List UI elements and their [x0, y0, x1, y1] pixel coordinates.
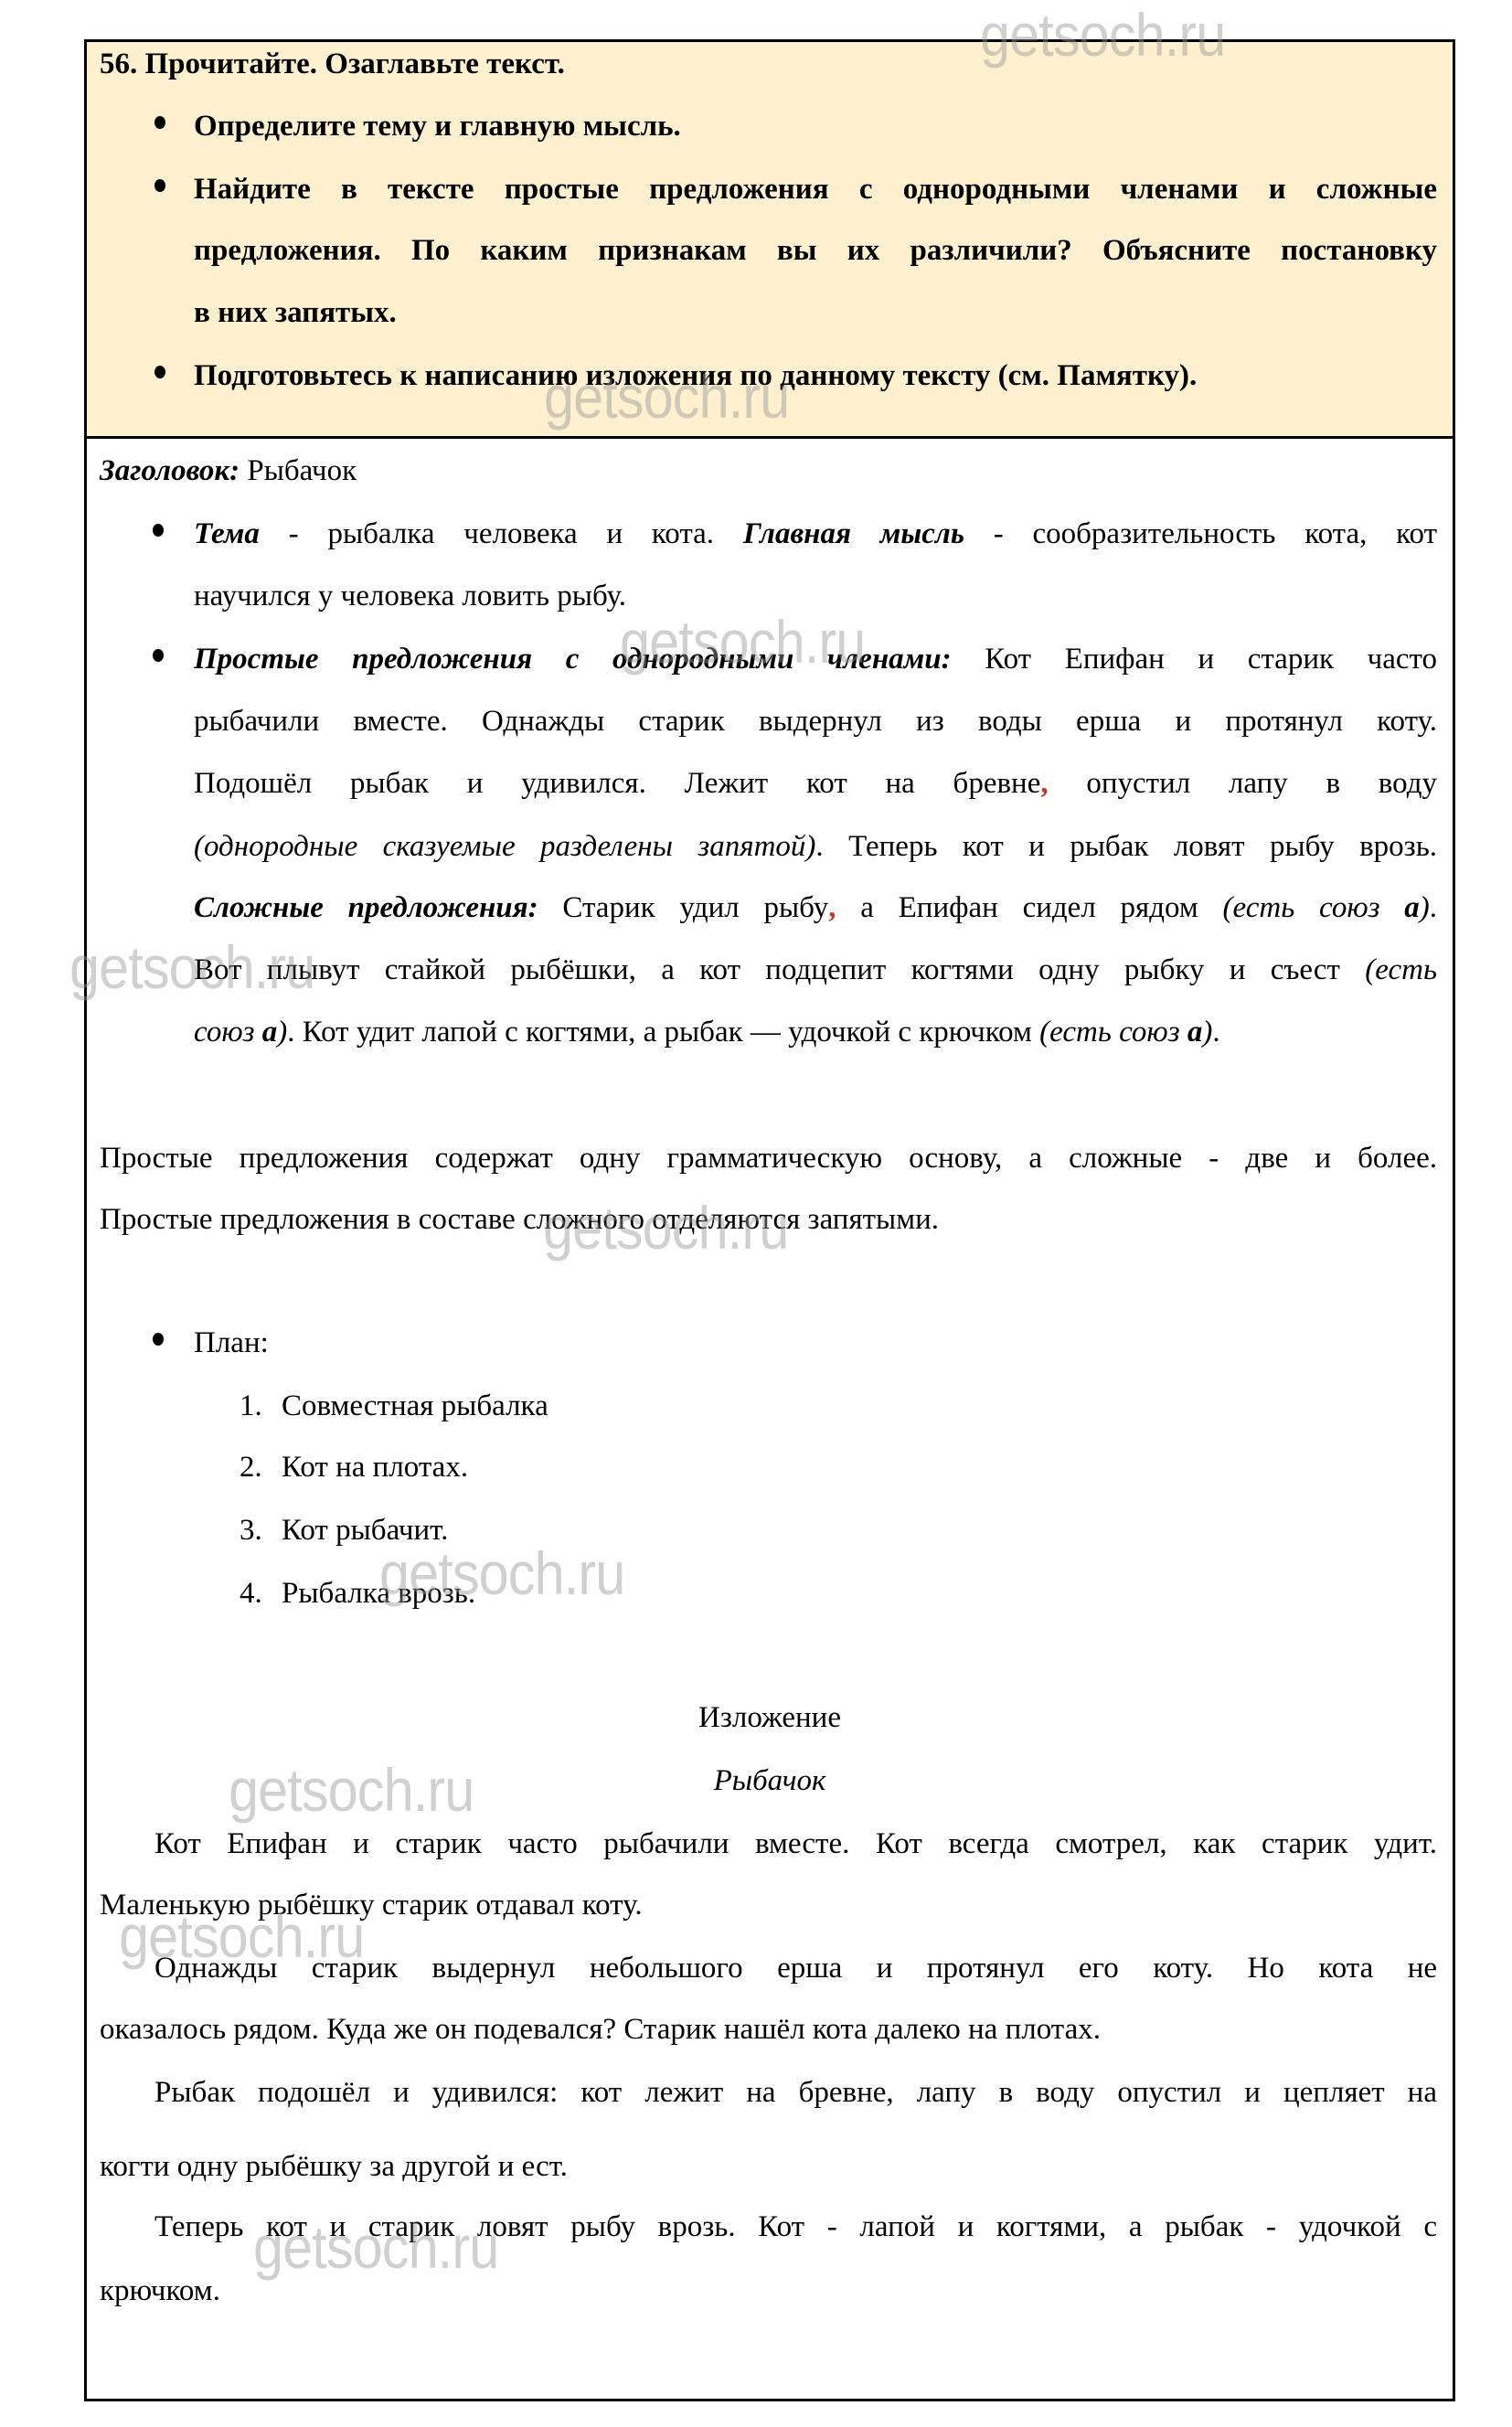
plan-number: 3. — [240, 1514, 262, 1547]
complex-line-1: Сложные предложения: Старик удил рыбу, а… — [194, 893, 1437, 923]
complex-text-3: . Кот удит лапой с когтями, а рыбак — уд… — [287, 1016, 1039, 1049]
plan-text: Совместная рыбалка — [282, 1391, 548, 1421]
bullet-icon — [154, 366, 165, 378]
simple-line-4: (однородные сказуемые разделены запятой)… — [194, 832, 1437, 862]
complex-end: . — [1212, 1016, 1219, 1049]
plan-text: Кот на плотах. — [282, 1453, 468, 1483]
plan-number: 2. — [240, 1451, 262, 1484]
essay-line-5: Рыбак подошёл и удивился: кот лежит на б… — [154, 2078, 1437, 2108]
complex-text-1a: Старик удил рыбу — [538, 891, 829, 924]
complex-note-a: а — [1187, 1016, 1203, 1049]
task-bullet-2-line-2: предложения. По каким признакам вы их ра… — [194, 236, 1437, 266]
complex-line-3: союз а). Кот удит лапой с когтями, а рыб… — [194, 1017, 1220, 1048]
idea-label: Главная мысль — [743, 517, 964, 550]
essay-heading: Изложение — [87, 1703, 1453, 1733]
plan-text: Рыбалка врозь. — [282, 1579, 475, 1609]
answer-sheet: 56. Прочитайте. Озаглавьте текст. Опреде… — [84, 39, 1455, 2401]
complex-note-a: а — [1404, 891, 1420, 924]
bullet-icon — [153, 1333, 164, 1346]
complex-end: . — [1430, 891, 1437, 924]
task-bullet-3: Подготовьтесь к написанию изложения по д… — [194, 361, 1197, 391]
essay-line-7: Теперь кот и старик ловят рыбу врозь. Ко… — [154, 2212, 1437, 2242]
plan-label: План: — [194, 1328, 269, 1358]
complex-text-2: Вот плывут стайкой рыбёшки, а кот подцеп… — [194, 953, 1365, 986]
essay-line-1: Кот Епифан и старик часто рыбачили вмест… — [154, 1829, 1437, 1859]
plan-item-1: 1.Совместная рыбалка — [240, 1391, 262, 1421]
plan-item-4: 4.Рыбалка врозь. — [240, 1579, 262, 1609]
essay-line-3: Однажды старик выдернул небольшого ерша … — [154, 1953, 1437, 1984]
highlight-comma: , — [1040, 767, 1048, 800]
idea-text: - сообразительность кота, кот — [964, 517, 1437, 550]
simple-text-1: Кот Епифан и старик часто — [952, 643, 1437, 676]
heading-label: Заголовок: — [100, 454, 240, 487]
heading-answer: Заголовок: Рыбачок — [100, 456, 357, 486]
idea-text-2: научился у человека ловить рыбу. — [194, 581, 626, 612]
task-box: 56. Прочитайте. Озаглавьте текст. Опреде… — [87, 42, 1453, 439]
plan-item-3: 3.Кот рыбачит. — [240, 1516, 262, 1546]
bullet-icon — [153, 524, 164, 537]
rule-line-1: Простые предложения содержат одну грамма… — [100, 1144, 1437, 1174]
complex-note-open: (есть союз — [1223, 891, 1405, 924]
essay-title: Рыбачок — [87, 1766, 1453, 1796]
simple-line-1: Простые предложения с однородными членам… — [194, 644, 1437, 675]
theme-line: Тема - рыбалка человека и кота. Главная … — [194, 519, 1437, 549]
complex-line-2: Вот плывут стайкой рыбёшки, а кот подцеп… — [194, 955, 1437, 985]
simple-label: Простые предложения с однородными членам… — [194, 643, 952, 676]
task-bullet-2-line-3: в них запятых. — [194, 298, 397, 328]
simple-line-3: Подошёл рыбак и удивился. Лежит кот на б… — [194, 769, 1437, 799]
heading-value: Рыбачок — [240, 454, 357, 487]
complex-note-close: ) — [1420, 891, 1430, 924]
complex-note-close: ) — [277, 1016, 287, 1049]
plan-number: 1. — [240, 1389, 262, 1422]
complex-note-open: (есть союз — [1039, 1016, 1187, 1049]
complex-note-a: а — [262, 1016, 278, 1049]
task-bullet-2-line-1: Найдите в тексте простые предложения с о… — [194, 175, 1437, 205]
essay-line-6: когти одну рыбёшку за другой и ест. — [100, 2152, 568, 2182]
theme-text: - рыбалка человека и кота. — [260, 517, 743, 550]
theme-label: Тема — [194, 517, 260, 550]
simple-line-2: рыбачили вместе. Однажды старик выдернул… — [194, 707, 1437, 737]
simple-note: (однородные сказуемые разделены запятой) — [194, 830, 815, 863]
plan-text: Кот рыбачит. — [282, 1516, 448, 1546]
simple-text-4: . Теперь кот и рыбак ловят рыбу врозь. — [815, 830, 1437, 863]
task-title: 56. Прочитайте. Озаглавьте текст. — [100, 49, 565, 80]
complex-note-3: союз — [194, 1016, 262, 1049]
complex-label: Сложные предложения: — [194, 891, 538, 924]
complex-note-close: ) — [1202, 1016, 1212, 1049]
bullet-icon — [153, 649, 164, 662]
task-bullet-1: Определите тему и главную мысль. — [194, 112, 681, 142]
plan-item-2: 2.Кот на плотах. — [240, 1453, 262, 1483]
essay-line-8: крючком. — [100, 2276, 220, 2306]
complex-note-2: (есть — [1365, 953, 1437, 986]
plan-number: 4. — [240, 1577, 262, 1610]
complex-text-1b: а Епифан сидел рядом — [836, 891, 1222, 924]
bullet-icon — [154, 179, 165, 192]
simple-text-3a: Подошёл рыбак и удивился. Лежит кот на б… — [194, 767, 1040, 800]
rule-line-2: Простые предложения в составе сложного о… — [100, 1205, 939, 1235]
essay-line-2: Маленькую рыбёшку старик отдавал коту. — [100, 1890, 643, 1921]
essay-line-4: оказалось рядом. Куда же он подевался? С… — [100, 2015, 1101, 2045]
bullet-icon — [154, 116, 165, 129]
simple-text-3b: опустил лапу в воду — [1049, 767, 1437, 800]
